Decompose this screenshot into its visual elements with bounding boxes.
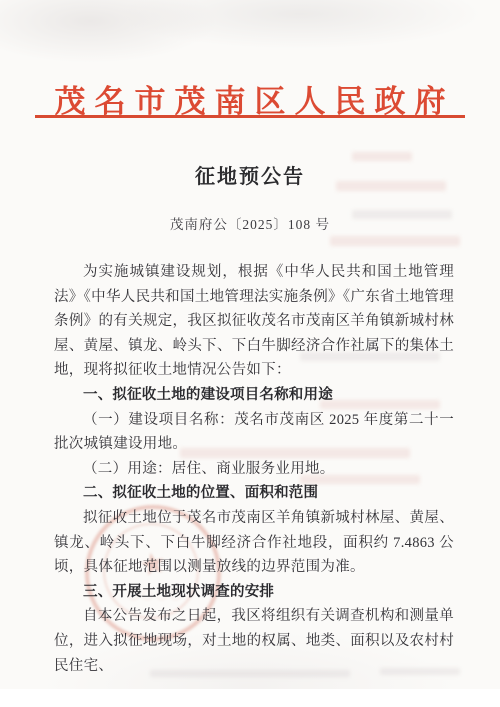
body-paragraph-location-area: 拟征收土地位于茂名市茂南区羊角镇新城村林屋、黄屋、镇龙、岭头下、下白牛脚经济合作… <box>54 506 454 580</box>
scanned-official-notice-page: 茂名市茂南区人民政府 征地预公告 茂南府公〔2025〕108 号 为实施城镇建设… <box>0 0 500 707</box>
body-paragraph-intro: 为实施城镇建设规划，根据《中华人民共和国土地管理法》《中华人民共和国土地管理法实… <box>54 260 454 383</box>
ghost-text-bleedthrough <box>336 181 446 191</box>
letterhead-divider-rule <box>35 115 465 118</box>
ghost-text-bleedthrough <box>352 152 412 161</box>
ghost-text-bleedthrough <box>330 236 460 246</box>
scanner-bed-strip <box>0 689 500 707</box>
body-paragraph-project-name: （一）建设项目名称：茂名市茂南区 2025 年度第二十一批次城镇建设用地。 <box>54 408 454 457</box>
section-heading-1: 一、拟征收土地的建设项目名称和用途 <box>54 383 454 408</box>
body-paragraph-land-use: （二）用途：居住、商业服务业用地。 <box>54 457 454 482</box>
ghost-text-bleedthrough <box>352 210 452 219</box>
body-paragraph-survey: 自本公告发布之日起，我区将组织有关调查机构和测量单位，进入拟征地现场，对土地的权… <box>54 604 454 678</box>
section-heading-2: 二、拟征收土地的位置、面积和范围 <box>54 481 454 506</box>
section-heading-3: 三、开展土地现状调查的安排 <box>54 580 454 605</box>
document-body: 为实施城镇建设规划，根据《中华人民共和国土地管理法》《中华人民共和国土地管理法实… <box>54 260 454 678</box>
